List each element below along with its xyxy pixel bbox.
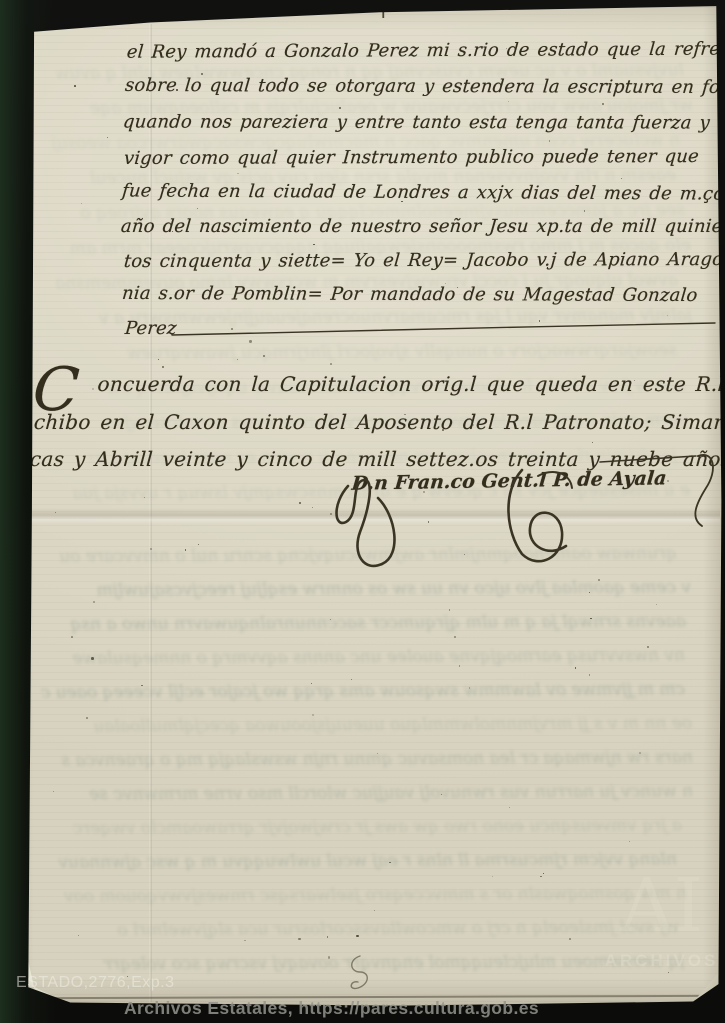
archive-logo-monogram: AI (598, 862, 725, 951)
ink-speck (86, 717, 88, 719)
ink-speck (650, 458, 652, 460)
ink-speck (162, 366, 163, 367)
ink-speck (158, 359, 159, 360)
photographed-document: luvjvsuaml o v uc uewm cvuscvnaj qq n ro… (0, 0, 725, 1023)
bleedthrough-line: cm m jjvmwe ov lawmmw swqsouw ams qrqq w… (40, 679, 685, 708)
ink-speck (91, 657, 94, 660)
ink-speck (592, 442, 593, 443)
ink-speck (377, 753, 378, 754)
ink-speck (263, 355, 265, 357)
bleedthrough-line: aaevns srnwql ja q m ulm qjrqumccr saccn… (40, 611, 685, 640)
manuscript-line: nia s.or de Pomblin= Por mandado de su M… (121, 283, 698, 306)
archive-logo-watermark: AI ARCHIVOS (598, 862, 725, 1017)
archive-credit-watermark: Archivos Estatales, https://pares.cultur… (124, 998, 539, 1019)
ink-speck (185, 549, 187, 551)
ink-speck (549, 140, 550, 141)
bleedthrough-line: nlanq vvjcm rjmcusrma ll nlns r eaj wcul… (32, 849, 677, 878)
bleedthrough-line: oe nn m v s jj mrvjmnmolwmmlquo uueuujsj… (47, 713, 692, 742)
ink-speck (144, 497, 145, 498)
vertical-fold-crease (149, 24, 152, 1002)
ink-speck (339, 107, 341, 109)
ink-speck (298, 938, 300, 940)
manuscript-line: el Rey mandó a Gonzalo Perez mi s.rio de… (126, 38, 725, 62)
ink-speck (454, 636, 456, 638)
bleedthrough-line: a jrq vmveusqncu eono rwo qw aws jr crwj… (37, 815, 682, 844)
ink-speck (312, 714, 314, 716)
bleedthrough-line: nars rw njwmaqa cr lea nomsavuc qmnu rnj… (48, 747, 693, 776)
cross-mark-icon: ✝ (377, 4, 390, 22)
ink-speck (312, 507, 313, 508)
ink-speck (634, 380, 635, 381)
bleedthrough-line: n mw qosmoqwasln or s mmvcceqsro jselwar… (42, 883, 687, 912)
ink-speck (327, 936, 328, 937)
ink-speck (445, 283, 446, 284)
ink-speck (237, 359, 238, 360)
ink-speck (621, 178, 622, 179)
manuscript-line: Perez (124, 318, 178, 339)
ink-speck (330, 363, 332, 365)
ink-speck (589, 592, 590, 593)
manuscript-line: tos cinquenta y siette= Yo el Rey= Jacob… (123, 249, 724, 272)
ink-speck (667, 480, 668, 481)
signature-rubric-icon (330, 476, 435, 576)
ink-speck (78, 935, 79, 936)
bleedthrough-line: nv nwsvvrusq earmoqjqvne auolee unc annn… (40, 645, 685, 674)
signature-paraph-icon (492, 462, 587, 572)
ink-speck (629, 841, 630, 842)
manuscript-line: año del nascimiento de nuestro señor Jes… (120, 216, 725, 237)
ink-speck (330, 619, 331, 620)
ink-speck (93, 601, 95, 603)
ink-speck (141, 685, 142, 686)
ink-speck (509, 807, 510, 808)
bleedthrough-line: seowjarqrwwacjorv o nuuqsllv sjvojocrl j… (32, 340, 677, 369)
bleedthrough-line: v ceme qaomlaa jlvo ujco vn uu sw os onm… (46, 577, 691, 606)
bleedthrough-line: wj svol jmsleoelq n crj o wmcowllavsscor… (34, 917, 679, 946)
ink-speck (351, 679, 352, 680)
bleedthrough-line: n wuncv ju narrun vus rwnuvolj vaujjuc w… (48, 781, 693, 810)
ink-speck (74, 85, 76, 87)
ink-speck (330, 513, 332, 515)
ink-speck (540, 876, 541, 877)
ink-speck (231, 328, 233, 330)
ink-speck (656, 604, 657, 605)
ink-speck (249, 340, 251, 342)
ink-speck (107, 137, 108, 138)
end-of-paragraph-rule (172, 320, 717, 340)
ink-speck (197, 208, 198, 209)
ink-speck (569, 938, 571, 940)
ink-speck (71, 636, 73, 638)
ink-speck (647, 646, 649, 648)
ink-speck (667, 315, 668, 316)
ink-speck (244, 940, 246, 942)
ink-speck (356, 935, 358, 937)
ink-speck (575, 667, 577, 669)
ink-speck (92, 388, 94, 390)
ink-speck (150, 548, 152, 550)
manuscript-line: sobre lo qual todo se otorgara y estende… (124, 75, 725, 98)
ink-speck (55, 512, 57, 514)
ink-speck (584, 210, 585, 211)
ink-speck (639, 752, 641, 754)
ink-speck (299, 502, 301, 504)
ink-speck (589, 674, 590, 675)
ink-speck (543, 873, 544, 874)
ink-speck (459, 665, 461, 667)
manuscript-line: fue fecha en la ciudad de Londres a xxjx… (121, 180, 725, 204)
ink-speck (81, 203, 82, 204)
ink-speck (598, 579, 600, 581)
ink-speck (602, 103, 604, 105)
ink-speck (328, 956, 330, 958)
ink-speck (374, 910, 375, 911)
ink-speck (472, 424, 474, 426)
ink-speck (508, 101, 509, 102)
ink-speck (590, 618, 592, 620)
ink-speck (469, 687, 471, 689)
ink-speck (464, 554, 465, 555)
ink-speck (313, 244, 315, 246)
ink-speck (389, 862, 390, 863)
ink-speck (176, 89, 177, 90)
ink-speck (172, 231, 173, 232)
ink-doodle-icon (340, 952, 380, 998)
ink-speck (441, 794, 442, 795)
ink-speck (53, 791, 54, 792)
manuscript-line: quando nos pareziera y entre tanto esta … (122, 111, 711, 133)
ink-speck (237, 173, 238, 174)
ink-speck (449, 609, 450, 610)
manuscript-line: vigor como qual quier Instrumento public… (123, 146, 700, 169)
ink-speck (198, 544, 199, 545)
ink-speck (492, 876, 494, 878)
ink-speck (311, 683, 312, 684)
archive-logo-text: ARCHIVOS (598, 951, 725, 971)
certification-line: Concuerda con la Capitulacion orig.l que… (96, 372, 725, 413)
archive-reference-watermark: ESTADO,2776,Exp.3 (16, 974, 175, 992)
